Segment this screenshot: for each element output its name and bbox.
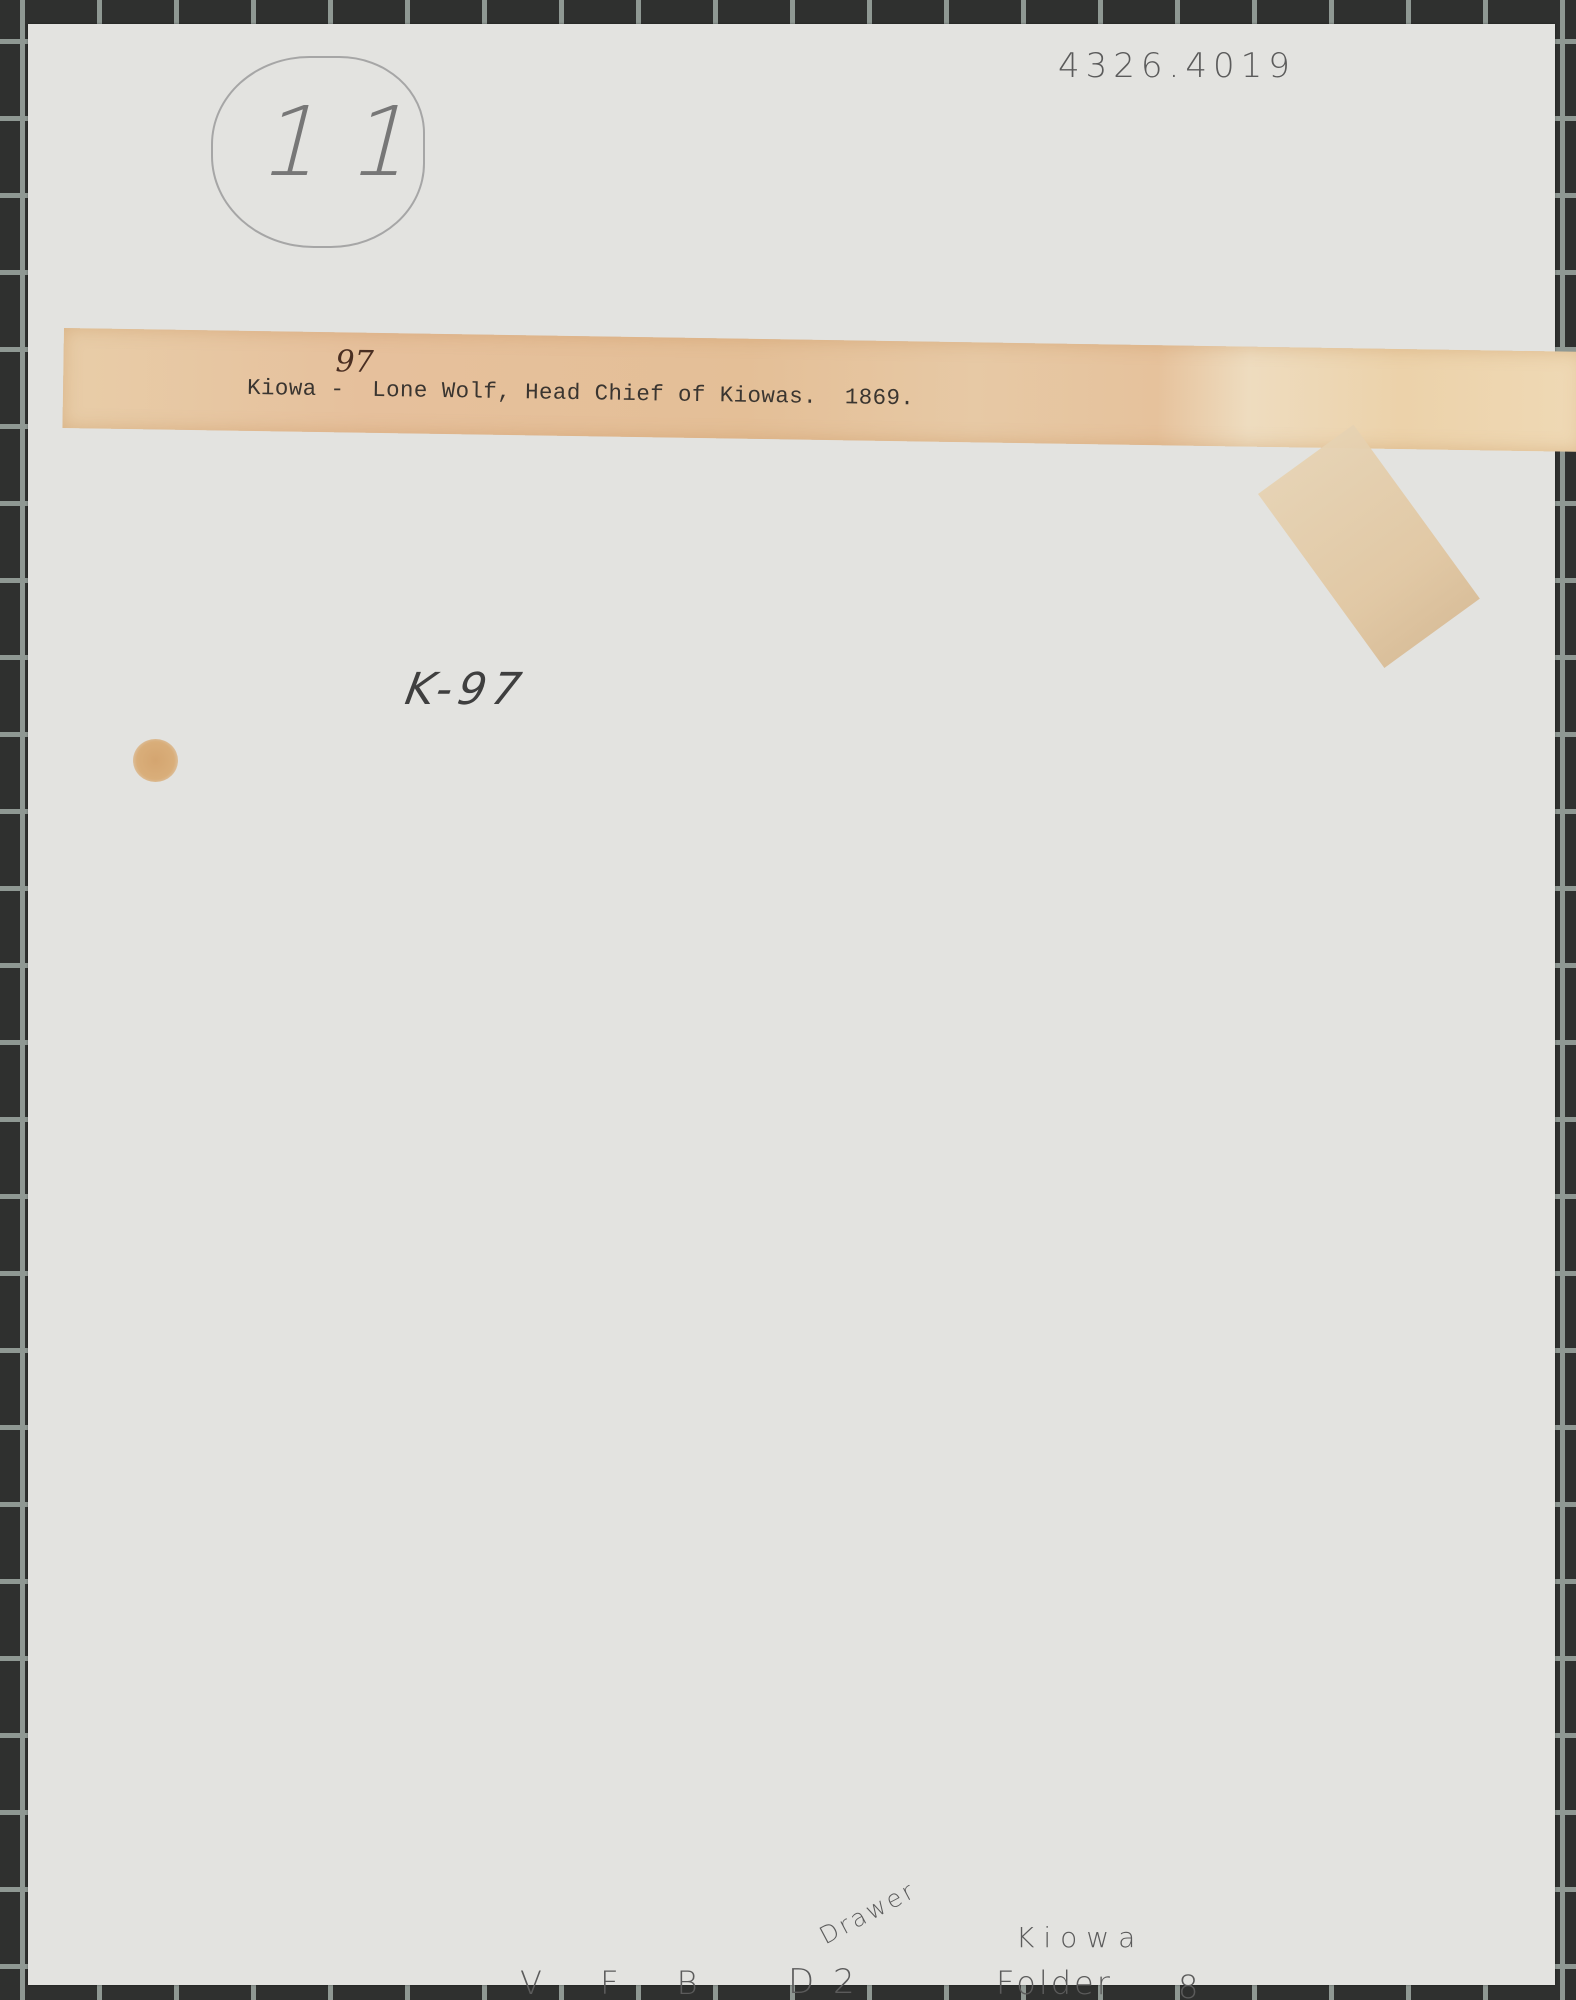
circled-number: 11 xyxy=(211,56,425,248)
annotation-tribe: Kiowa xyxy=(1016,1921,1144,1954)
circled-number-text: 11 xyxy=(251,86,457,198)
tape-piece xyxy=(1258,425,1480,668)
label-handwritten-number: 97 xyxy=(335,344,374,380)
annotation-vfb: V F B xyxy=(520,1964,722,2000)
annotation-folder-value: 8 xyxy=(1178,1968,1204,2000)
annotation-drawer-label: Drawer xyxy=(815,1876,921,1950)
handwritten-id: K-97 xyxy=(402,664,531,715)
catalog-number: 4326.4019 xyxy=(1058,46,1296,86)
stain-mark xyxy=(133,739,178,782)
photo-back-paper: 11 4326.4019 97 Kiowa - Lone Wolf, Head … xyxy=(28,24,1555,1985)
annotation-folder-label: Folder xyxy=(996,1964,1113,2000)
label-typed-text: Kiowa - Lone Wolf, Head Chief of Kiowas.… xyxy=(247,375,915,411)
annotation-drawer-value: D 2 xyxy=(788,1962,859,2000)
